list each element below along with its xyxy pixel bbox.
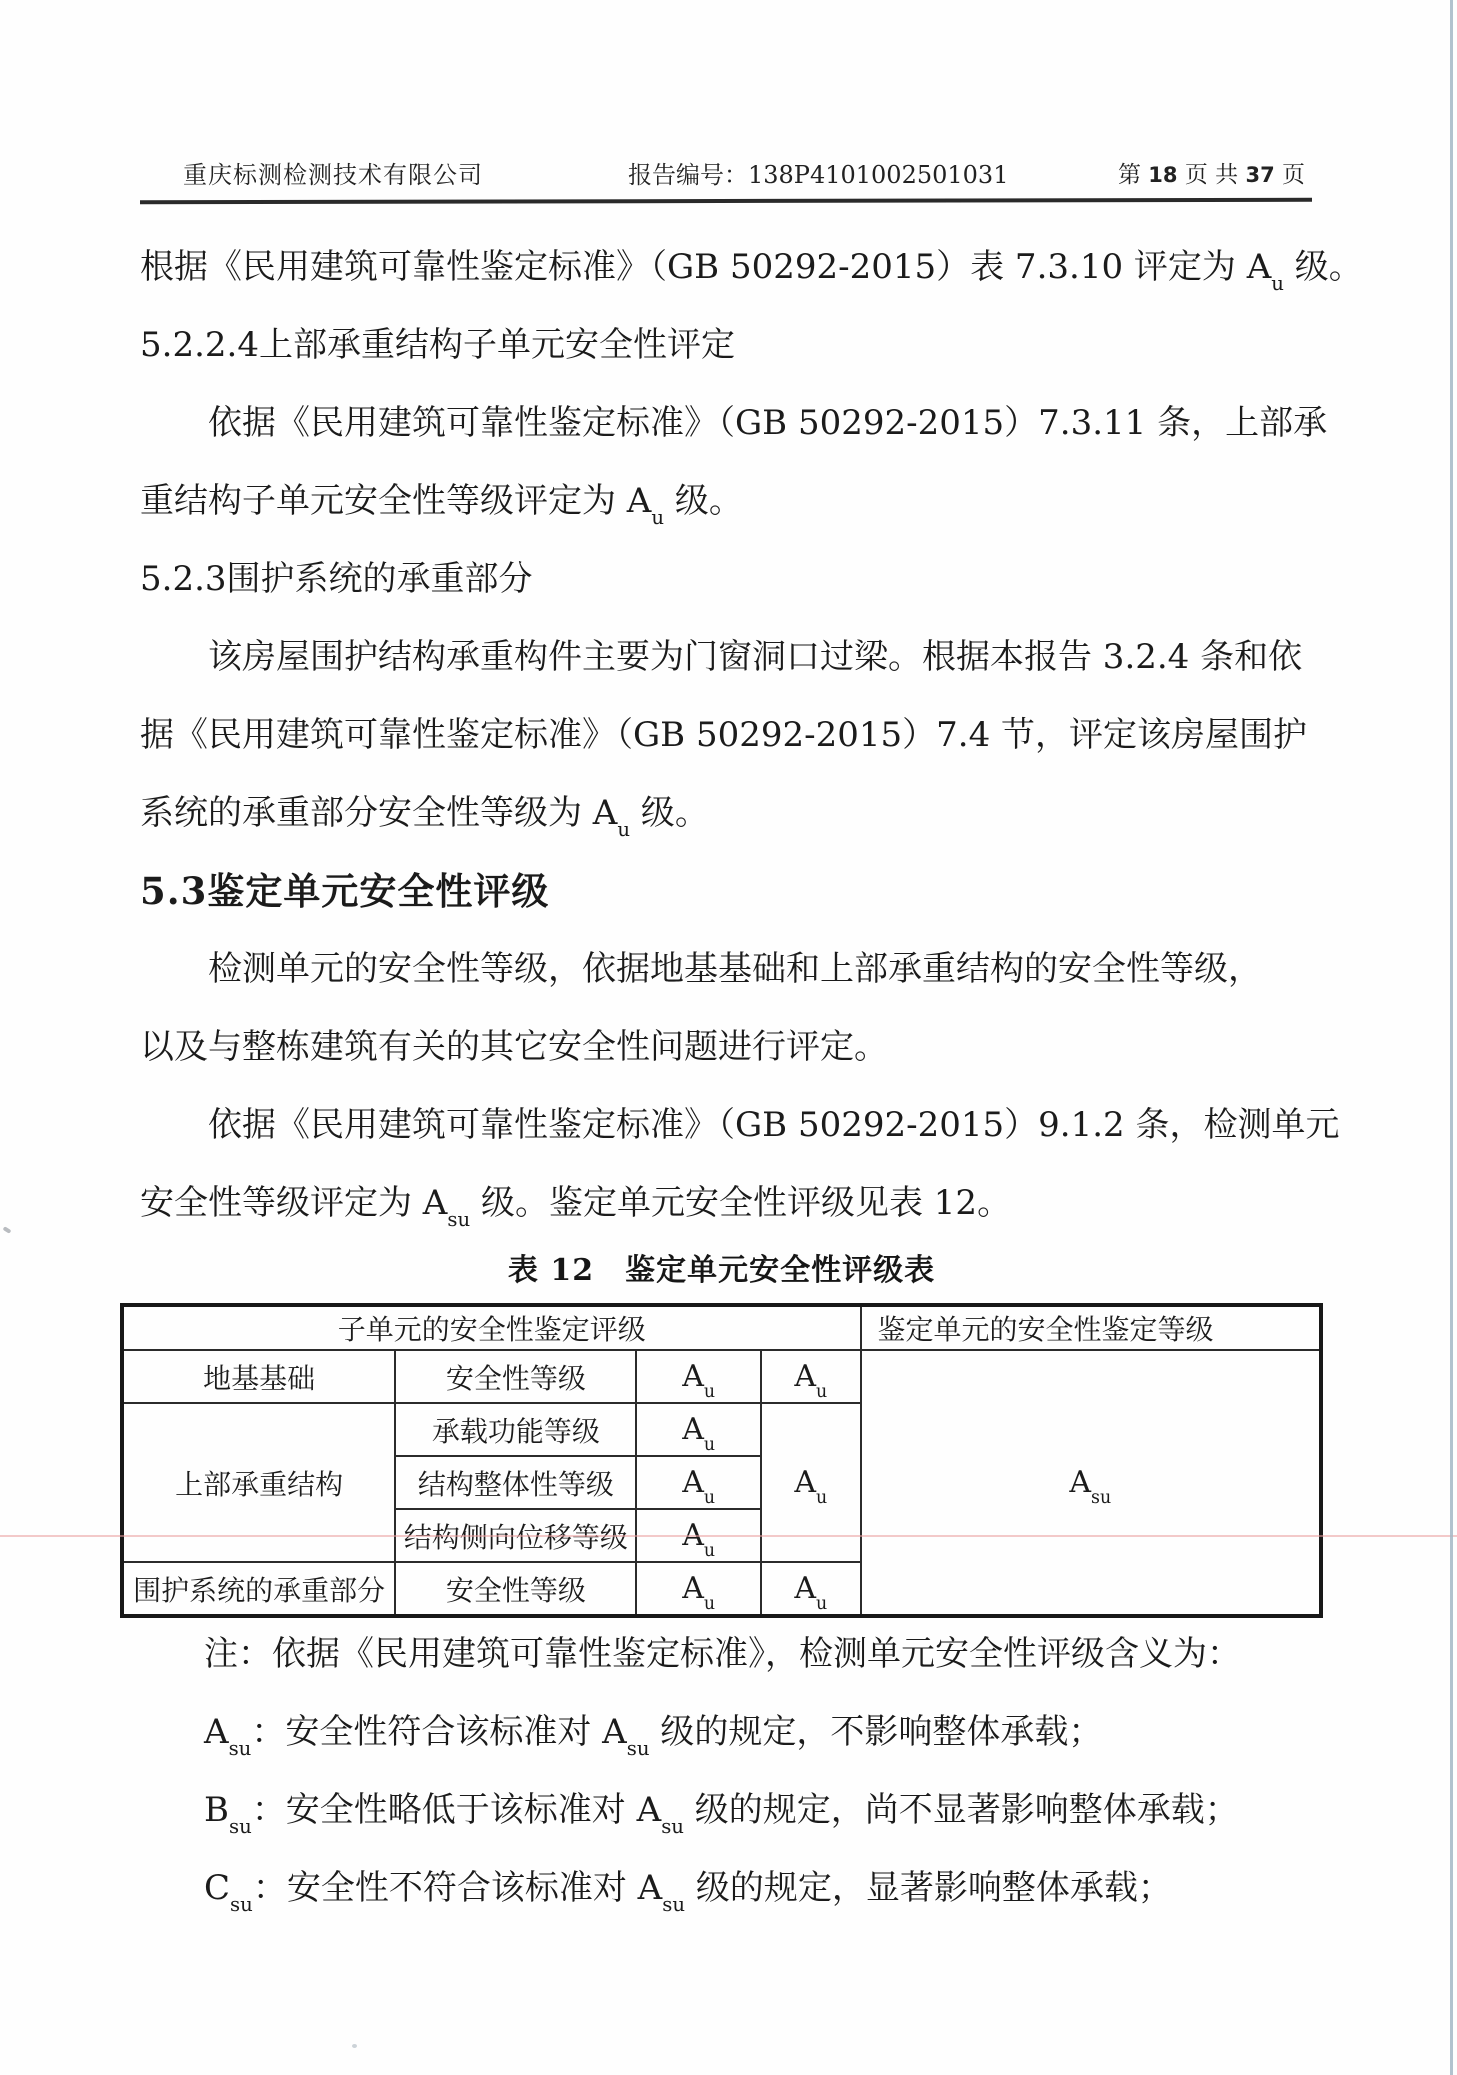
- page-indicator-prefix: 第: [1118, 162, 1148, 188]
- cell-superstructure-group-grade: Au: [761, 1403, 861, 1562]
- cell-superstructure-item: 结构整体性等级: [395, 1456, 636, 1509]
- document-page: 重庆标测检测技术有限公司 报告编号：138P4101002501031 第 18…: [0, 0, 1457, 2075]
- body-line: 重结构子单元安全性等级评定为 Au 级。: [140, 462, 1355, 540]
- scan-dot-artifact: [352, 2044, 357, 2048]
- cell-unit-grade: Asu: [861, 1350, 1321, 1616]
- body-line: 该房屋围护结构承重构件主要为门窗洞口过梁。根据本报告 3.2.4 条和依: [140, 618, 1355, 696]
- note-line: Bsu：安全性略低于该标准对 Asu 级的规定，尚不显著影响整体承载；: [140, 1771, 1380, 1849]
- body-line: 系统的承重部分安全性等级为 Au 级。: [140, 774, 1355, 852]
- note-line: Csu：安全性不符合该标准对 Asu 级的规定，显著影响整体承载；: [140, 1849, 1380, 1927]
- cell-envelope-name: 围护系统的承重部分: [122, 1562, 395, 1616]
- header-divider: [140, 198, 1312, 204]
- section-53-heading: 5.3鉴定单元安全性评级: [140, 852, 1355, 930]
- document-body: 根据《民用建筑可靠性鉴定标准》（GB 50292-2015）表 7.3.10 评…: [140, 228, 1355, 1242]
- section-523-heading: 5.2.3围护系统的承重部分: [140, 540, 1355, 618]
- report-number: 报告编号：138P4101002501031: [628, 160, 1008, 190]
- body-line: 依据《民用建筑可靠性鉴定标准》（GB 50292-2015）7.3.11 条，上…: [140, 384, 1355, 462]
- scan-mark-artifact: [3, 1226, 12, 1234]
- page-indicator-suffix: 页: [1275, 162, 1305, 188]
- body-line: 依据《民用建筑可靠性鉴定标准》（GB 50292-2015）9.1.2 条，检测…: [140, 1086, 1355, 1164]
- scan-artifact-line: [0, 1535, 1457, 1537]
- body-line: 以及与整栋建筑有关的其它安全性问题进行评定。: [140, 1008, 1355, 1086]
- section-5224-heading: 5.2.2.4上部承重结构子单元安全性评定: [140, 306, 1355, 384]
- page-total: 37: [1245, 163, 1274, 187]
- cell-superstructure-grade: Au: [636, 1456, 761, 1509]
- body-line: 根据《民用建筑可靠性鉴定标准》（GB 50292-2015）表 7.3.10 评…: [140, 228, 1355, 306]
- note-line: 注：依据《民用建筑可靠性鉴定标准》，检测单元安全性评级含义为：: [140, 1615, 1380, 1693]
- cell-envelope-item: 安全性等级: [395, 1562, 636, 1616]
- table-caption: 表 12 鉴定单元安全性评级表: [120, 1243, 1323, 1299]
- cell-envelope-grade: Au: [636, 1562, 761, 1616]
- safety-rating-table: 子单元的安全性鉴定评级 鉴定单元的安全性鉴定等级 地基基础 安全性等级 Au A…: [120, 1303, 1323, 1618]
- cell-foundation-item: 安全性等级: [395, 1350, 636, 1403]
- cell-foundation-name: 地基基础: [122, 1350, 395, 1403]
- cell-foundation-grade: Au: [636, 1350, 761, 1403]
- table-notes: 注：依据《民用建筑可靠性鉴定标准》，检测单元安全性评级含义为： Asu：安全性符…: [140, 1615, 1380, 1927]
- report-number-label: 报告编号：: [628, 161, 748, 189]
- company-name: 重庆标测检测技术有限公司: [183, 160, 483, 190]
- cell-superstructure-grade: Au: [636, 1403, 761, 1456]
- page-current: 18: [1148, 163, 1177, 187]
- body-line: 据《民用建筑可靠性鉴定标准》（GB 50292-2015）7.4 节，评定该房屋…: [140, 696, 1355, 774]
- body-line: 检测单元的安全性等级，依据地基基础和上部承重结构的安全性等级，: [140, 930, 1355, 1008]
- cell-superstructure-item: 承载功能等级: [395, 1403, 636, 1456]
- body-line: 安全性等级评定为 Asu 级。鉴定单元安全性评级见表 12。: [140, 1164, 1355, 1242]
- page-indicator: 第 18 页 共 37 页: [1118, 160, 1305, 190]
- sub-unit-header: 子单元的安全性鉴定评级: [122, 1305, 861, 1350]
- report-number-value: 138P4101002501031: [748, 161, 1008, 189]
- table-row: 地基基础 安全性等级 Au Au Asu: [122, 1350, 1321, 1403]
- cell-foundation-group-grade: Au: [761, 1350, 861, 1403]
- cell-superstructure-name: 上部承重结构: [122, 1403, 395, 1562]
- scan-edge-artifact: [1450, 0, 1453, 2075]
- unit-header: 鉴定单元的安全性鉴定等级: [861, 1305, 1321, 1350]
- note-line: Asu：安全性符合该标准对 Asu 级的规定，不影响整体承载；: [140, 1693, 1380, 1771]
- cell-envelope-group-grade: Au: [761, 1562, 861, 1616]
- page-indicator-middle: 页 共: [1178, 162, 1246, 188]
